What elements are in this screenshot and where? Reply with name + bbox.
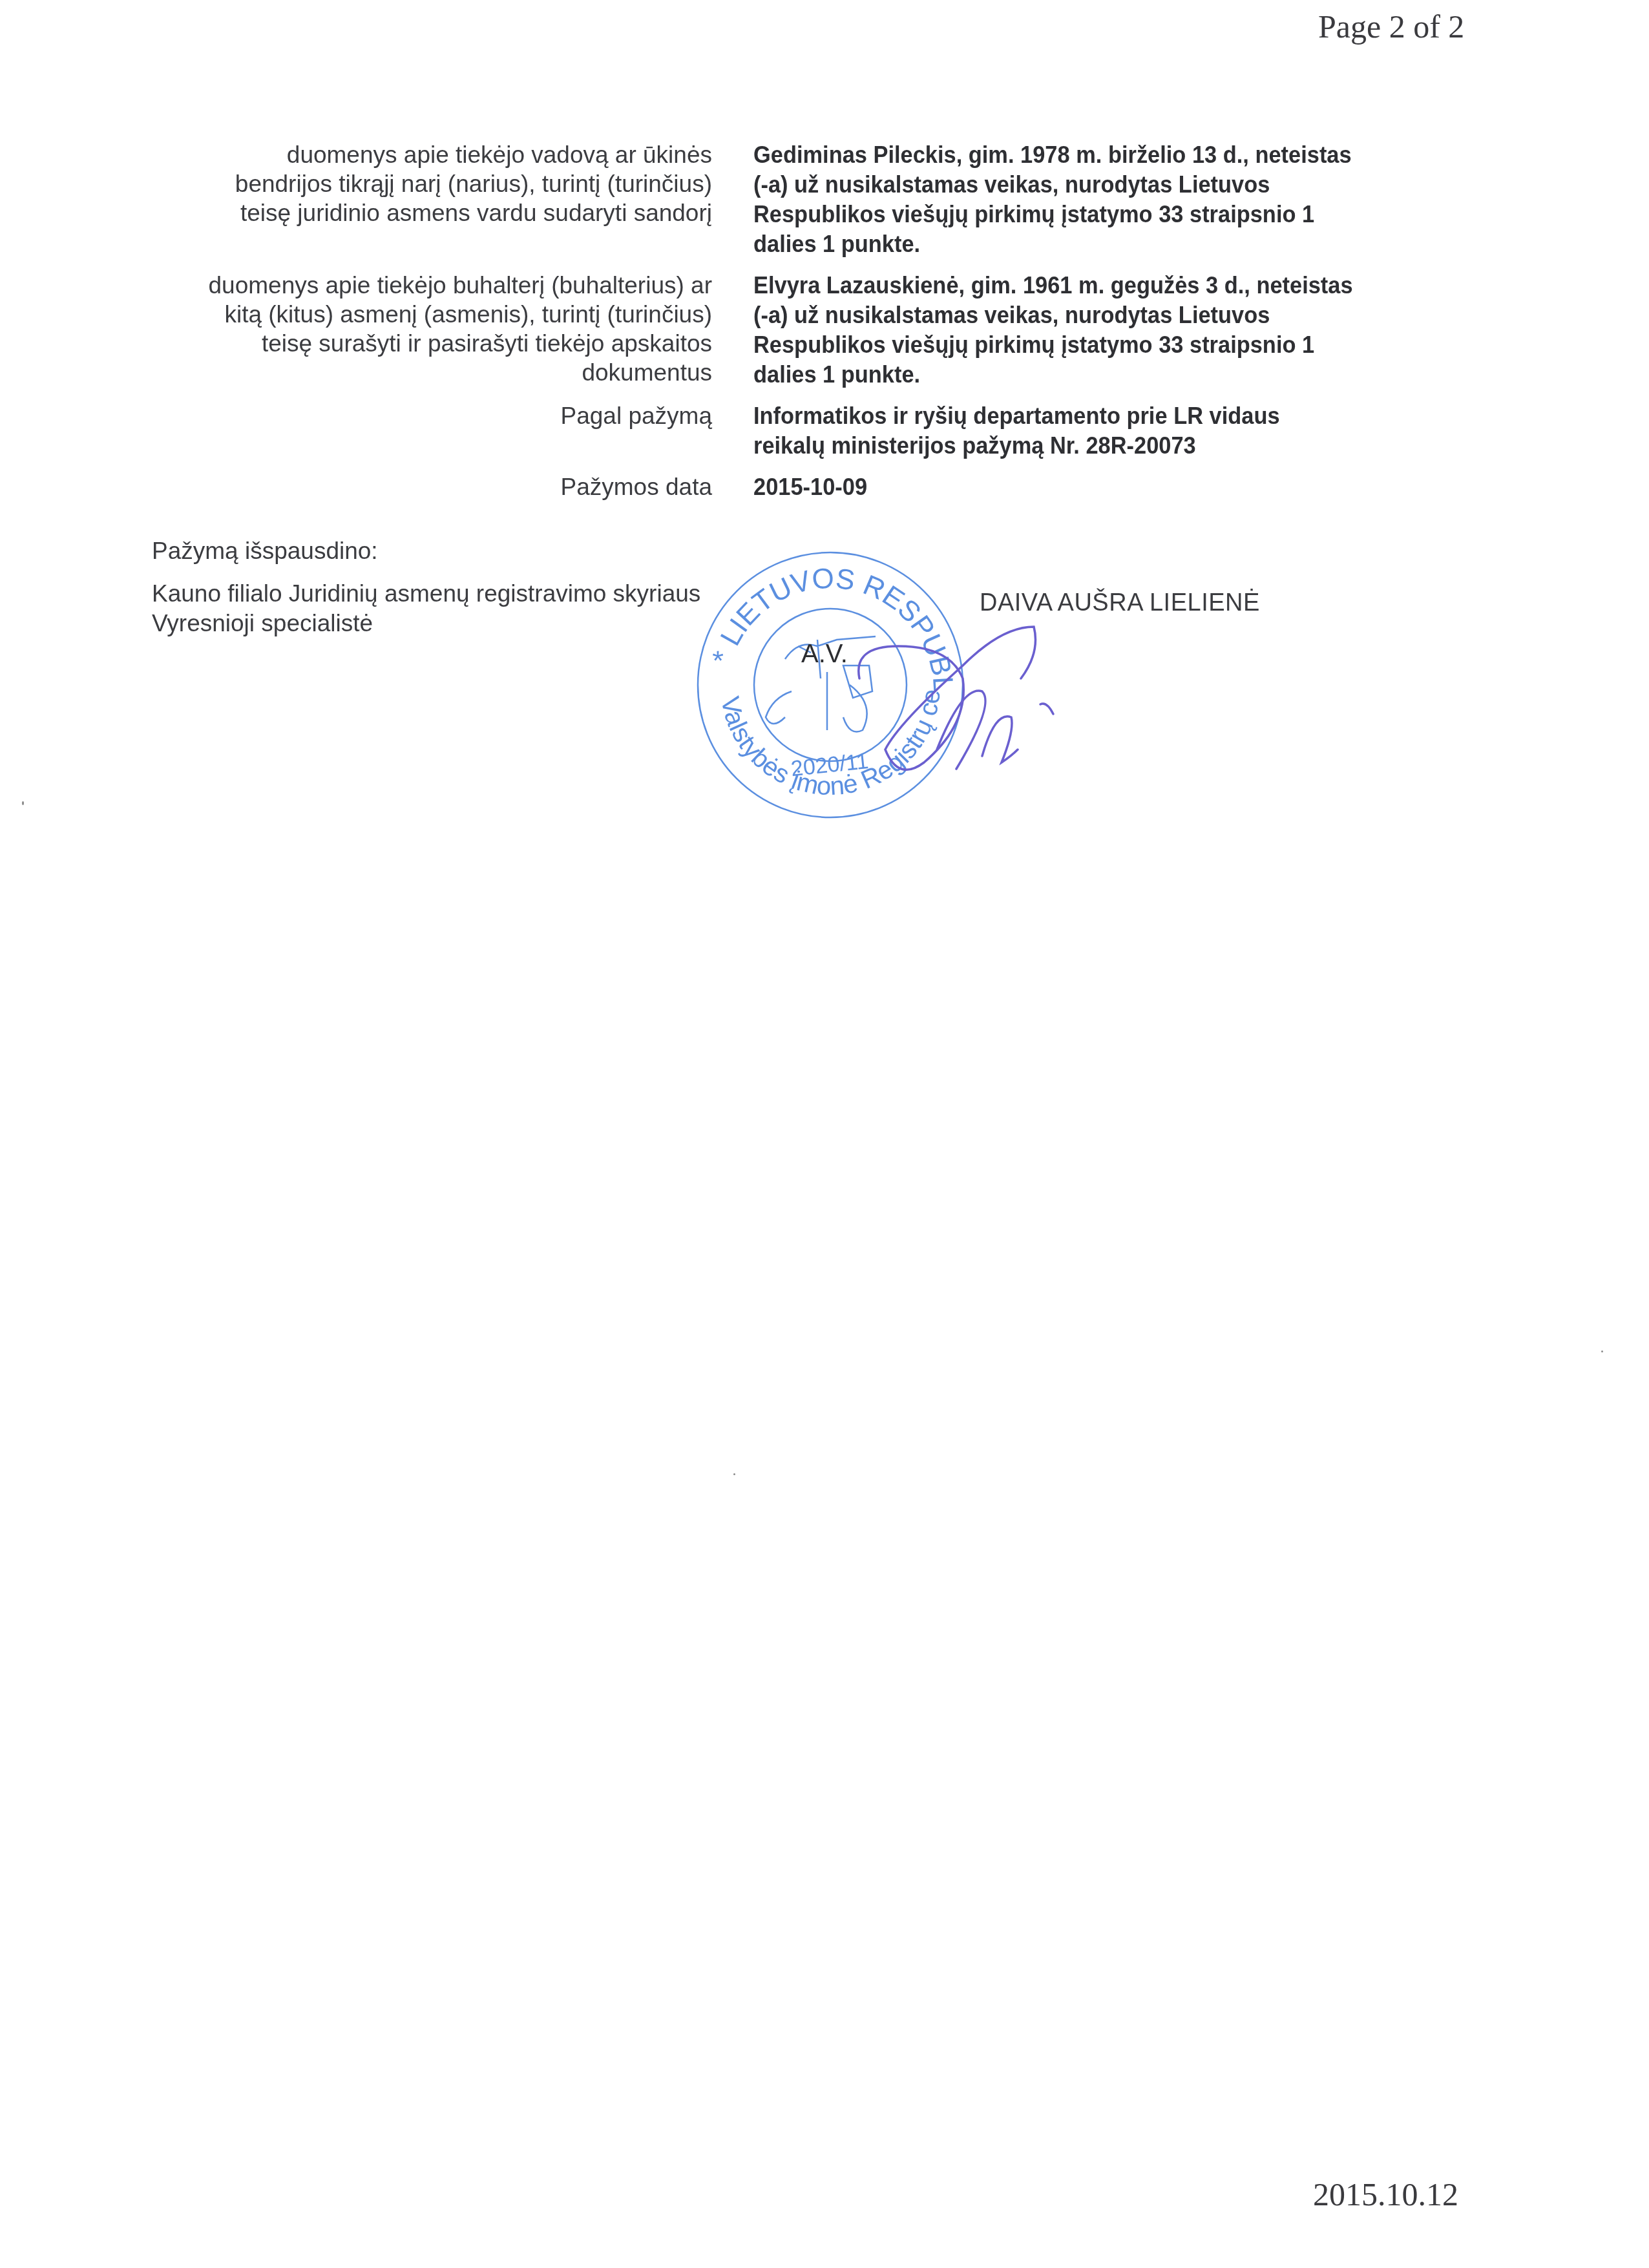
printer-department: Kauno filialo Juridinių asmenų registrav… bbox=[152, 579, 700, 609]
label-line: teisę surašyti ir pasirašyti tiekėjo aps… bbox=[0, 329, 712, 358]
field-label-manager: duomenys apie tiekėjo vadovą ar ūkinės b… bbox=[0, 140, 712, 259]
value-line: Elvyra Lazauskienė, gim. 1961 m. gegužės… bbox=[753, 271, 1462, 300]
value-line: Gediminas Pileckis, gim. 1978 m. birželi… bbox=[753, 140, 1462, 170]
page-indicator: Page 2 of 2 bbox=[1318, 8, 1464, 45]
field-value-date: 2015-10-09 bbox=[753, 472, 1462, 502]
printed-by-heading: Pažymą išspausdino: bbox=[152, 538, 378, 565]
printer-unit: Kauno filialo Juridinių asmenų registrav… bbox=[152, 579, 700, 638]
label-line: duomenys apie tiekėjo vadovą ar ūkinės bbox=[0, 140, 712, 169]
field-label-accountant: duomenys apie tiekėjo buhalterį (buhalte… bbox=[0, 271, 712, 390]
printer-position: Vyresnioji specialistė bbox=[152, 609, 700, 638]
value-line: dalies 1 punkte. bbox=[753, 229, 1462, 259]
field-row-accountant: duomenys apie tiekėjo buhalterį (buhalte… bbox=[0, 271, 1649, 390]
label-line: bendrijos tikrąjį narį (narius), turintį… bbox=[0, 169, 712, 198]
field-row-reference: Pagal pažymą Informatikos ir ryšių depar… bbox=[0, 401, 1649, 461]
field-row-date: Pažymos data 2015-10-09 bbox=[0, 472, 1649, 502]
certificate-fields: duomenys apie tiekėjo vadovą ar ūkinės b… bbox=[0, 140, 1649, 514]
field-value-manager: Gediminas Pileckis, gim. 1978 m. birželi… bbox=[753, 140, 1462, 259]
value-line: dalies 1 punkte. bbox=[753, 360, 1462, 390]
label-line: kitą (kitus) asmenį (asmenis), turintį (… bbox=[0, 300, 712, 329]
value-line: Informatikos ir ryšių departamento prie … bbox=[753, 401, 1462, 431]
scan-speck bbox=[22, 801, 24, 805]
value-line: 2015-10-09 bbox=[753, 472, 1462, 502]
label-line: Pažymos data bbox=[0, 472, 712, 501]
scan-speck bbox=[1601, 1350, 1603, 1352]
field-label-date: Pažymos data bbox=[0, 472, 712, 502]
print-date: 2015.10.12 bbox=[1313, 2176, 1458, 2213]
field-label-reference: Pagal pažymą bbox=[0, 401, 712, 461]
value-line: Respublikos viešųjų pirkimų įstatymo 33 … bbox=[753, 330, 1462, 360]
signature-icon bbox=[840, 607, 1137, 801]
label-line: Pagal pažymą bbox=[0, 401, 712, 430]
signer-name: DAIVA AUŠRA LIELIENĖ bbox=[980, 589, 1260, 617]
scan-speck bbox=[733, 1473, 735, 1475]
value-line: (-a) už nusikalstamas veikas, nurodytas … bbox=[753, 170, 1462, 200]
field-value-accountant: Elvyra Lazauskienė, gim. 1961 m. gegužės… bbox=[753, 271, 1462, 390]
value-line: Respublikos viešųjų pirkimų įstatymo 33 … bbox=[753, 200, 1462, 229]
value-line: reikalų ministerijos pažymą Nr. 28R-2007… bbox=[753, 431, 1462, 461]
label-line: dokumentus bbox=[0, 358, 712, 387]
value-line: (-a) už nusikalstamas veikas, nurodytas … bbox=[753, 300, 1462, 330]
label-line: teisę juridinio asmens vardu sudaryti sa… bbox=[0, 198, 712, 227]
field-row-manager: duomenys apie tiekėjo vadovą ar ūkinės b… bbox=[0, 140, 1649, 259]
field-value-reference: Informatikos ir ryšių departamento prie … bbox=[753, 401, 1462, 461]
label-line: duomenys apie tiekėjo buhalterį (buhalte… bbox=[0, 271, 712, 300]
